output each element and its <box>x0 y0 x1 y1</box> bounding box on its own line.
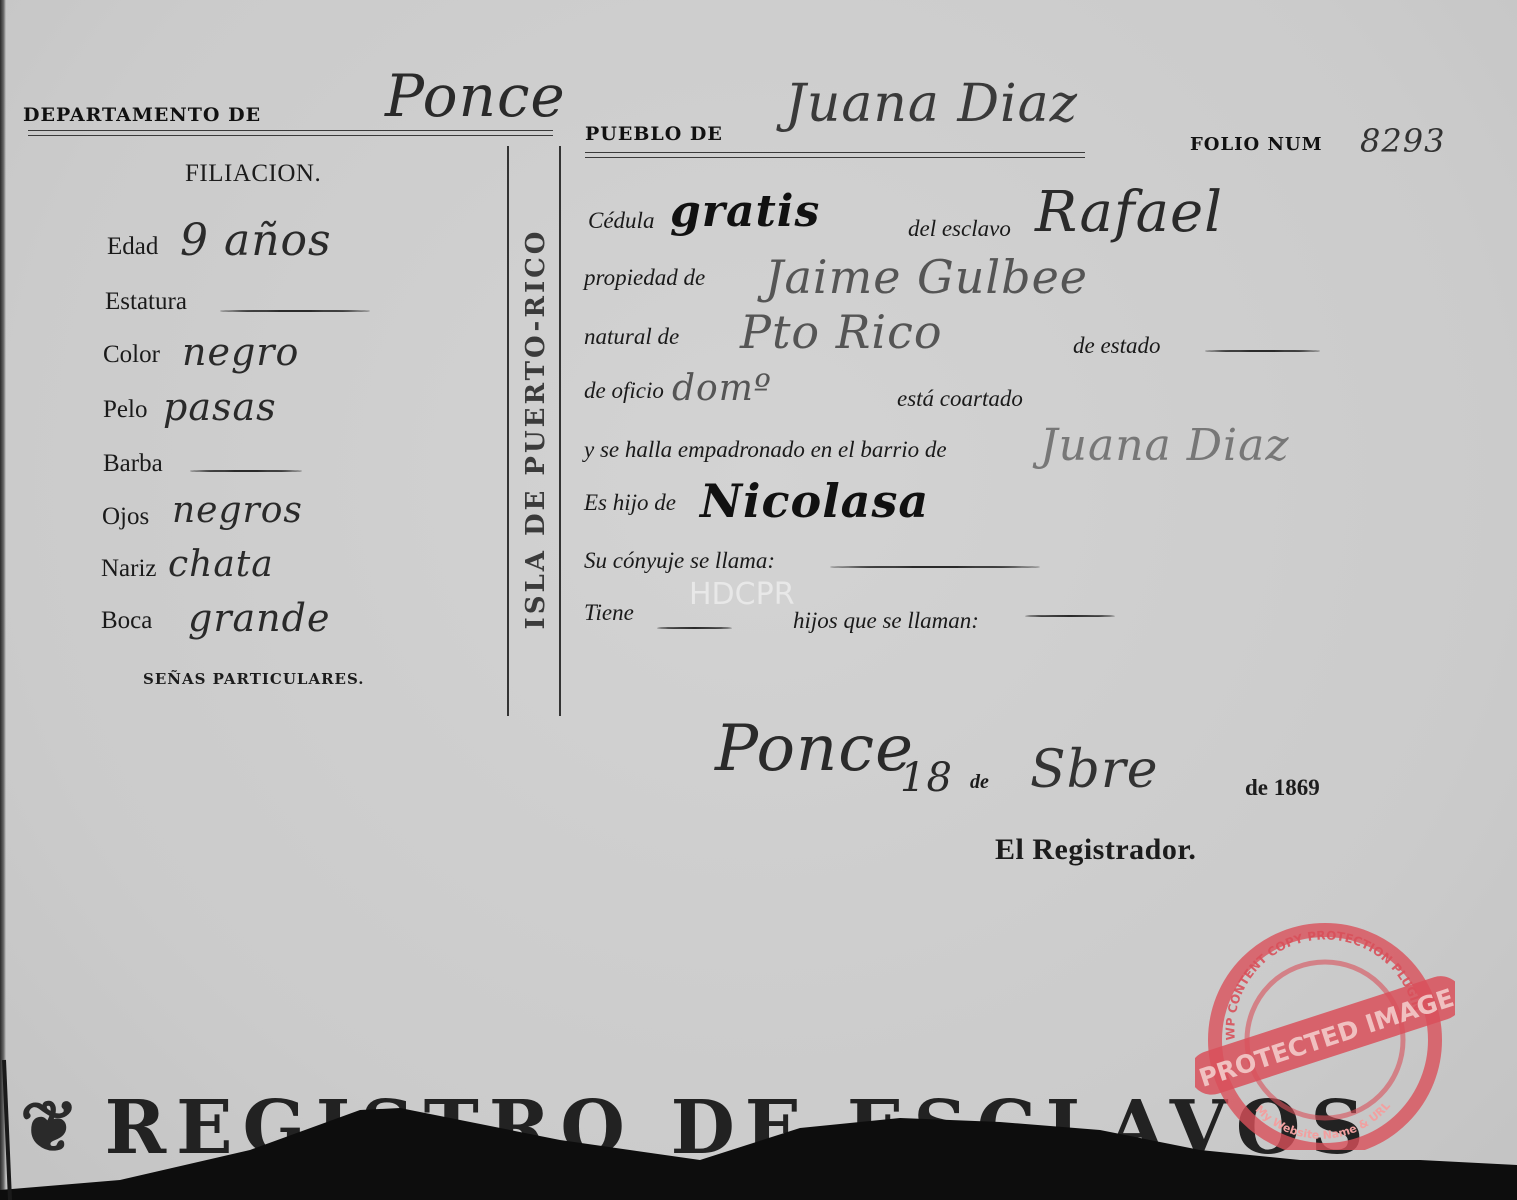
cedula-label: Cédula <box>588 208 654 234</box>
pueblo-label: PUEBLO DE <box>585 123 723 145</box>
edad-value: 9 años <box>180 215 332 266</box>
color-value: negro <box>182 330 299 374</box>
hijos-blank <box>1025 615 1115 617</box>
estado-label: de estado <box>1073 333 1161 359</box>
ornament-icon: ❦ <box>20 1085 89 1168</box>
pelo-value: pasas <box>163 385 277 429</box>
senas-label: SEÑAS PARTICULARES. <box>143 670 365 688</box>
natural-value: Pto Rico <box>740 305 943 359</box>
filiacion-title: FILIACION. <box>185 160 321 188</box>
tiene-blank <box>657 627 732 629</box>
header-rule-left <box>28 130 553 136</box>
conyuge-blank <box>830 566 1040 568</box>
vertical-band: ISLA DE PUERTO-RICO <box>507 146 561 716</box>
registrador-label: El Registrador. <box>995 833 1196 867</box>
protected-image-stamp: WP CONTENT COPY PROTECTION PLUGIN PROTEC… <box>1195 910 1455 1150</box>
natural-label: natural de <box>584 324 679 350</box>
conyuge-label: Su cónyuje se llama: <box>584 548 775 574</box>
header-rule-right <box>585 152 1085 158</box>
vertical-band-text: ISLA DE PUERTO-RICO <box>511 144 561 714</box>
boca-label: Boca <box>101 607 152 635</box>
estado-blank <box>1205 350 1320 352</box>
oficio-label: de oficio <box>584 378 664 404</box>
pelo-label: Pelo <box>103 396 147 424</box>
coartado-label: está coartado <box>897 386 1023 412</box>
cedula-value: gratis <box>670 186 820 237</box>
barba-blank <box>190 470 302 472</box>
propiedad-value: Jaime Gulbee <box>765 250 1088 304</box>
place-value: Ponce <box>715 712 914 786</box>
page-edge <box>0 0 6 1200</box>
departamento-label: DEPARTAMENTO DE <box>23 104 261 126</box>
nariz-value: chata <box>168 544 274 585</box>
day-value: 18 <box>900 755 953 801</box>
year-label: de 1869 <box>1245 775 1320 801</box>
barrio-value: Juana Diaz <box>1040 420 1290 471</box>
color-label: Color <box>103 341 160 369</box>
document-page: DEPARTAMENTO DE Ponce PUEBLO DE Juana Di… <box>0 0 1517 1200</box>
oficio-value: domº <box>672 368 772 409</box>
barrio-label: y se halla empadronado en el barrio de <box>584 437 947 463</box>
month-value: Sbre <box>1030 740 1159 800</box>
boca-value: grande <box>188 596 330 640</box>
folio-value: 8293 <box>1360 122 1445 160</box>
edad-label: Edad <box>107 233 158 261</box>
departamento-value: Ponce <box>385 62 566 130</box>
bottom-banner-text: REGISTRO DE ESCLAVOS <box>105 1085 1374 1171</box>
barba-label: Barba <box>103 450 163 478</box>
esclavo-label: del esclavo <box>908 216 1011 242</box>
esclavo-value: Rafael <box>1035 180 1223 245</box>
ojos-label: Ojos <box>102 503 149 531</box>
de-label: de <box>970 771 989 794</box>
hijo-value: Nicolasa <box>700 474 929 528</box>
estatura-label: Estatura <box>105 288 187 316</box>
nariz-label: Nariz <box>101 555 157 583</box>
propiedad-label: propiedad de <box>584 265 705 291</box>
watermark-text: HDCPR <box>689 577 795 612</box>
hijos-label: hijos que se llaman: <box>793 608 979 634</box>
hijo-label: Es hijo de <box>584 490 676 516</box>
pueblo-value: Juana Diaz <box>785 74 1078 134</box>
year-text: de 1869 <box>1245 775 1320 800</box>
ojos-value: negros <box>172 490 303 531</box>
estatura-blank <box>220 310 370 312</box>
folio-label: FOLIO NUM <box>1190 134 1323 155</box>
tiene-label: Tiene <box>584 600 634 626</box>
